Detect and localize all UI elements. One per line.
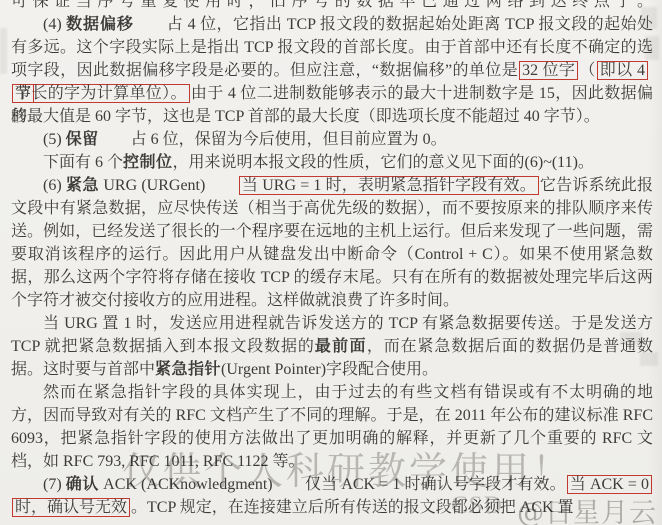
text-line: 个字符才被交付接收方的应用进程。这样做就浪费了许多时间。	[11, 289, 653, 312]
text-line: 据。这时要与首部中紧急指针(Urgent Pointer)字段配合使用。	[11, 358, 653, 381]
text-run: 然而在紧急指针字段的具体实现上，由于过去的有些文档有错误或有不太明确的地	[43, 384, 653, 401]
bold-term: 确认	[66, 476, 99, 493]
text-run: 档，如 RFC 793, RFC 1011, RFC 1122 等。	[11, 453, 305, 470]
text-run: （	[579, 62, 595, 79]
text-line: 据，那么这两个字符将存储在接收 TCP 的缓存末尾。只有在所有的数据被处理完毕后…	[11, 266, 653, 289]
text-line: 方，因而导致对有关的 RFC 文档产生了不同的理解。于是，在 2011 年公布的…	[11, 404, 653, 427]
text-run: 。TCP 规定，在连接建立后所有传送的报文段都必须把 ACK 置	[131, 499, 574, 516]
annotation-red-box: 32 位字	[519, 61, 578, 80]
text-run: 方，因而导致对有关的 RFC 文档产生了不同的理解。于是，在 2011 年公布的…	[11, 407, 653, 424]
bold-term: 最前面	[315, 338, 367, 355]
text-line: 档，如 RFC 793, RFC 1011, RFC 1122 等。	[11, 450, 653, 473]
annotation-red-box: 当 ACK = 0	[567, 475, 652, 494]
bold-term: 紧急指针	[155, 361, 221, 378]
bold-term: 紧急	[66, 177, 99, 194]
text-run: 的最大值是 60 字节，这也是 TCP 首部的最大长度（即选项长度不能超过 40…	[11, 108, 600, 125]
text-run: 有多远。这个字段实际上是指出 TCP 报文段的首部长度。由于首部中还有长度不确定…	[11, 39, 653, 56]
text-line: 可保证当序号重复使用时，旧序号的数据早已通过网络到达终点了。	[11, 0, 653, 13]
text-run: (6)	[43, 177, 66, 194]
text-run: 当 URG 置 1 时，发送应用进程就告诉发送方的 TCP 有紧急数据要传送。于…	[43, 315, 653, 332]
text-run: 文段中有紧急数据，应尽快传送（相当于高优先级的数据），而不要按原来的排队顺序来传	[11, 200, 653, 217]
bold-term: 保留	[66, 131, 99, 148]
text-run: 项字段，因此数据偏移字段是必要的。但应注意，“数据偏移”的单位是	[11, 62, 518, 79]
text-run: 个字符才被交付接收方的应用进程。这样做就浪费了许多时间。	[11, 292, 459, 309]
text-line: 送。例如，已经发送了很长的一个程序要在远地的主机上运行。但后来发现了一些问题，需	[11, 220, 653, 243]
text-line: 节长的字为计算单位）。由于 4 位二进制数能够表示的最大十进制数字是 15，因此…	[11, 82, 653, 105]
text-run: 占 6 位，保留为今后使用，但目前应置为 0。	[99, 131, 447, 148]
text-run: 可保证当序号重复使用时，旧序号的数据早已通过网络到达终点了。	[11, 0, 653, 10]
text-run: 它告诉系统此报	[540, 177, 653, 194]
text-run: 要取消该程序的运行。因此用户从键盘发出中断命令（Control + C）。如果不…	[11, 246, 653, 263]
text-line: (4) 数据偏移 占 4 位，它指出 TCP 报文段的数据起始处距离 TCP 报…	[11, 13, 653, 36]
document-body: 可保证当序号重复使用时，旧序号的数据早已通过网络到达终点了。(4) 数据偏移 占…	[11, 0, 653, 519]
annotation-red-box: 节长的字为计算单位）。	[12, 84, 190, 103]
text-run: ，用来说明本报文段的性质，它们的意义见下面的(6)~(11)。	[173, 154, 594, 171]
text-line: 项字段，因此数据偏移字段是必要的。但应注意，“数据偏移”的单位是32 位字（即以…	[11, 59, 653, 82]
scan-artifact	[0, 28, 7, 74]
annotation-red-box: 当 URG = 1 时，表明紧急指针字段有效。	[239, 176, 539, 195]
text-line: 的最大值是 60 字节，这也是 TCP 首部的最大长度（即选项长度不能超过 40…	[11, 105, 653, 128]
text-run: 据。这时要与首部中	[11, 361, 155, 378]
text-run: TCP 就把紧急数据插入到本报文段数据的	[11, 338, 315, 355]
bold-term: 数据偏移	[66, 16, 134, 33]
text-run: (5)	[43, 131, 66, 148]
text-line: (7) 确认 ACK (ACKnowledgment) 仅当 ACK = 1 时…	[11, 473, 653, 496]
text-run: 送。例如，已经发送了很长的一个程序要在远地的主机上运行。但后来发现了一些问题，需	[11, 223, 653, 240]
text-run: ，而在紧急数据后面的数据仍是普通数	[367, 338, 653, 355]
text-line: (6) 紧急 URG (URGent) 当 URG = 1 时，表明紧急指针字段…	[11, 174, 653, 197]
text-line: 有多远。这个字段实际上是指出 TCP 报文段的首部长度。由于首部中还有长度不确定…	[11, 36, 653, 59]
scanned-textbook-page: 可保证当序号重复使用时，旧序号的数据早已通过网络到达终点了。(4) 数据偏移 占…	[0, 0, 662, 525]
bold-term: 控制位	[123, 154, 173, 171]
text-line: TCP 就把紧急数据插入到本报文段数据的最前面，而在紧急数据后面的数据仍是普通数	[11, 335, 653, 358]
text-line: 时，确认号无效。TCP 规定，在连接建立后所有传送的报文段都必须把 ACK 置	[11, 496, 653, 519]
text-run: (Urgent Pointer)字段配合使用。	[221, 361, 438, 378]
text-line: (5) 保留 占 6 位，保留为今后使用，但目前应置为 0。	[11, 128, 653, 151]
text-run: (7)	[43, 476, 66, 493]
text-line: 当 URG 置 1 时，发送应用进程就告诉发送方的 TCP 有紧急数据要传送。于…	[11, 312, 653, 335]
text-run: 据，那么这两个字符将存储在接收 TCP 的缓存末尾。只有在所有的数据被处理完毕后…	[11, 269, 653, 286]
annotation-red-box: 时，确认号无效	[12, 498, 130, 517]
text-run: URG (URGent)	[99, 177, 238, 194]
text-run: (4)	[43, 16, 66, 33]
text-run: 6093，把紧急指针字段的使用方法做出了更加明确的解释，并更新了几个重要的 RF…	[11, 430, 653, 447]
text-run: 占 4 位，它指出 TCP 报文段的数据起始处距离 TCP 报文段的起始处	[134, 16, 653, 33]
text-line: 文段中有紧急数据，应尽快传送（相当于高优先级的数据），而不要按原来的排队顺序来传	[11, 197, 653, 220]
text-line: 6093，把紧急指针字段的使用方法做出了更加明确的解释，并更新了几个重要的 RF…	[11, 427, 653, 450]
text-line: 然而在紧急指针字段的具体实现上，由于过去的有些文档有错误或有不太明确的地	[11, 381, 653, 404]
text-line: 要取消该程序的运行。因此用户从键盘发出中断命令（Control + C）。如果不…	[11, 243, 653, 266]
text-run: ACK (ACKnowledgment) 仅当 ACK = 1 时确认号字段才有…	[99, 476, 566, 493]
text-line: 下面有 6 个控制位，用来说明本报文段的性质，它们的意义见下面的(6)~(11)…	[11, 151, 653, 174]
text-run: 下面有 6 个	[43, 154, 123, 171]
